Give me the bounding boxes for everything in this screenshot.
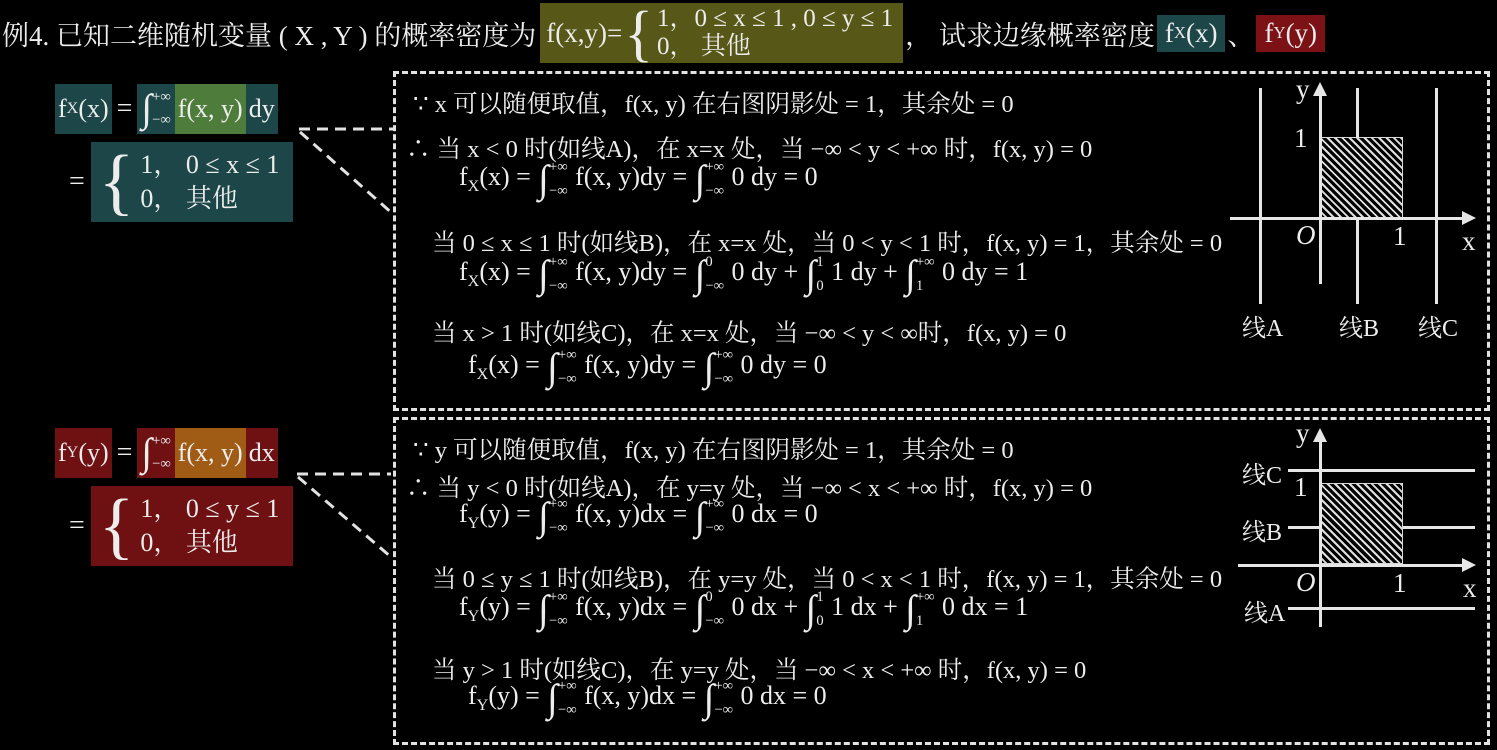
fx-chip: fX(x) <box>1157 15 1226 52</box>
equals-sign: = <box>112 428 138 478</box>
equals-sign: = <box>112 84 138 134</box>
fx-integrand: f(x, y) <box>175 84 246 134</box>
fx-lhs: fX(x) <box>55 84 112 134</box>
enumeration-mark: 、 <box>1225 14 1256 53</box>
fy-lhs: fY(y) <box>55 428 112 478</box>
fy-result-row: = { 1， 0 ≤ y ≤ 1 0， 其他 <box>55 486 355 566</box>
slide-root: 例4. 已知二维随机变量 ( X , Y ) 的概率密度为 f(x,y)= { … <box>0 0 1497 750</box>
fy-derivation-formula: fY(y) = ∫+∞−∞ f(x, y)dx = ∫+∞−∞ 0 dx = 0 <box>468 681 827 715</box>
unit-square-hatched <box>1319 483 1403 564</box>
x-tick-1: 1 <box>1393 568 1407 599</box>
fy-case-1: 1， 0 ≤ y ≤ 1 <box>140 492 279 526</box>
fx-integral-sign: ∫+∞−∞ <box>137 84 174 134</box>
fx-integral-row: fX(x) = ∫+∞−∞f(x, y)dy <box>55 84 355 134</box>
fy-piecewise-result: { 1， 0 ≤ y ≤ 1 0， 其他 <box>91 486 294 566</box>
fx-case-1: 1， 0 ≤ x ≤ 1 <box>140 148 279 182</box>
density-definition-highlight: f(x,y)= { 1，0 ≤ x ≤ 1 , 0 ≤ y ≤ 1 0， 其他 <box>540 3 903 63</box>
header-line: 例4. 已知二维随机变量 ( X , Y ) 的概率密度为 f(x,y)= { … <box>0 0 1497 66</box>
brace-glyph: { <box>624 5 653 62</box>
density-case-1: 1，0 ≤ x ≤ 1 , 0 ≤ y ≤ 1 <box>657 5 893 33</box>
y-axis-label: y <box>1296 74 1310 105</box>
fy-chip: fY(y) <box>1256 15 1325 52</box>
fx-derivation-formula: fX(x) = ∫+∞−∞ f(x, y)dy = ∫+∞−∞ 0 dy = 0 <box>468 350 827 384</box>
fx-derivation-line: ∵ x 可以随便取值，f(x, y) 在右图阴影处 = 1，其余处 = 0 <box>413 85 1014 120</box>
line-c-label: 线C <box>1242 455 1282 490</box>
line-a-label: 线A <box>1244 593 1285 628</box>
line-c-vertical <box>1435 88 1438 304</box>
fy-derivation-line: ∵ y 可以随便取值，f(x, y) 在右图阴影处 = 1，其余处 = 0 <box>413 431 1014 466</box>
brace-glyph: { <box>99 151 135 214</box>
unit-square-hatched <box>1319 137 1403 218</box>
origin-label: O <box>1296 567 1316 598</box>
fy-derivation-formula: fY(y) = ∫+∞−∞ f(x, y)dx = ∫0−∞ 0 dx + ∫1… <box>459 592 1028 626</box>
brace-glyph: { <box>99 495 135 558</box>
fy-case-2: 0， 其他 <box>140 526 279 560</box>
fx-piecewise-result: { 1， 0 ≤ x ≤ 1 0， 其他 <box>91 142 294 222</box>
fy-derivation-formula: fY(y) = ∫+∞−∞ f(x, y)dx = ∫+∞−∞ 0 dx = 0 <box>459 499 818 533</box>
x-axis-arrow-icon <box>1462 558 1476 572</box>
line-c-horizontal <box>1288 469 1475 472</box>
fx-support-diagram: 1 O 1 y x 线A 线B 线C <box>1200 78 1490 343</box>
fx-derivation-formula: fX(x) = ∫+∞−∞ f(x, y)dy = ∫+∞−∞ 0 dy = 0 <box>459 162 818 196</box>
x-tick-1: 1 <box>1393 221 1407 252</box>
y-axis <box>1319 88 1322 284</box>
fx-marginal-block: fX(x) = ∫+∞−∞f(x, y)dy = { 1， 0 ≤ x ≤ 1 … <box>55 84 355 222</box>
header-question-text: ， 试求边缘概率密度 <box>903 14 1157 53</box>
y-axis <box>1319 434 1322 627</box>
line-a-label: 线A <box>1242 308 1283 343</box>
y-tick-1: 1 <box>1294 472 1308 503</box>
density-lhs: f(x,y)= <box>546 18 622 49</box>
line-a-horizontal <box>1288 607 1475 610</box>
fy-integral-sign: ∫+∞−∞ <box>137 428 174 478</box>
fx-derivation-line: ∴ 当 x < 0 时(如线A)，在 x=x 处，当 −∞ < y < +∞ 时… <box>406 130 1092 165</box>
origin-label: O <box>1296 220 1316 251</box>
line-b-label: 线B <box>1339 308 1379 343</box>
example-title: 例4. 已知二维随机变量 ( X , Y ) 的概率密度为 <box>0 14 538 53</box>
fy-integrand: f(x, y) <box>175 428 246 478</box>
density-case-2: 0， 其他 <box>657 33 893 61</box>
fx-derivation-formula: fX(x) = ∫+∞−∞ f(x, y)dy = ∫0−∞ 0 dy + ∫1… <box>459 257 1028 291</box>
density-piecewise: { 1，0 ≤ x ≤ 1 , 0 ≤ y ≤ 1 0， 其他 <box>624 5 893 61</box>
y-axis-arrow-icon <box>1313 428 1327 442</box>
y-axis-label: y <box>1296 418 1310 449</box>
line-a-vertical <box>1259 88 1262 304</box>
equals-sign: = <box>55 510 91 542</box>
fy-differential: dx <box>246 428 278 478</box>
fx-result-row: = { 1， 0 ≤ x ≤ 1 0， 其他 <box>55 142 355 222</box>
fx-derivation-line: 当 x > 1 时(如线C)，在 x=x 处，当 −∞ < y < ∞时，f(x… <box>432 314 1066 349</box>
fy-marginal-block: fY(y) = ∫+∞−∞f(x, y)dx = { 1， 0 ≤ y ≤ 1 … <box>55 428 355 566</box>
x-axis-label: x <box>1463 573 1477 604</box>
y-tick-1: 1 <box>1294 123 1308 154</box>
line-c-label: 线C <box>1418 308 1458 343</box>
x-axis-arrow-icon <box>1462 211 1476 225</box>
y-axis-arrow-icon <box>1313 82 1327 96</box>
x-axis <box>1230 217 1466 220</box>
x-axis <box>1238 564 1466 567</box>
fx-differential: dy <box>246 84 278 134</box>
equals-sign: = <box>55 166 91 198</box>
fx-case-2: 0， 其他 <box>140 182 279 216</box>
fy-integral-row: fY(y) = ∫+∞−∞f(x, y)dx <box>55 428 355 478</box>
line-b-label: 线B <box>1242 512 1282 547</box>
fy-support-diagram: 1 O 1 y x 线C 线B 线A <box>1200 424 1490 649</box>
x-axis-label: x <box>1462 226 1476 257</box>
